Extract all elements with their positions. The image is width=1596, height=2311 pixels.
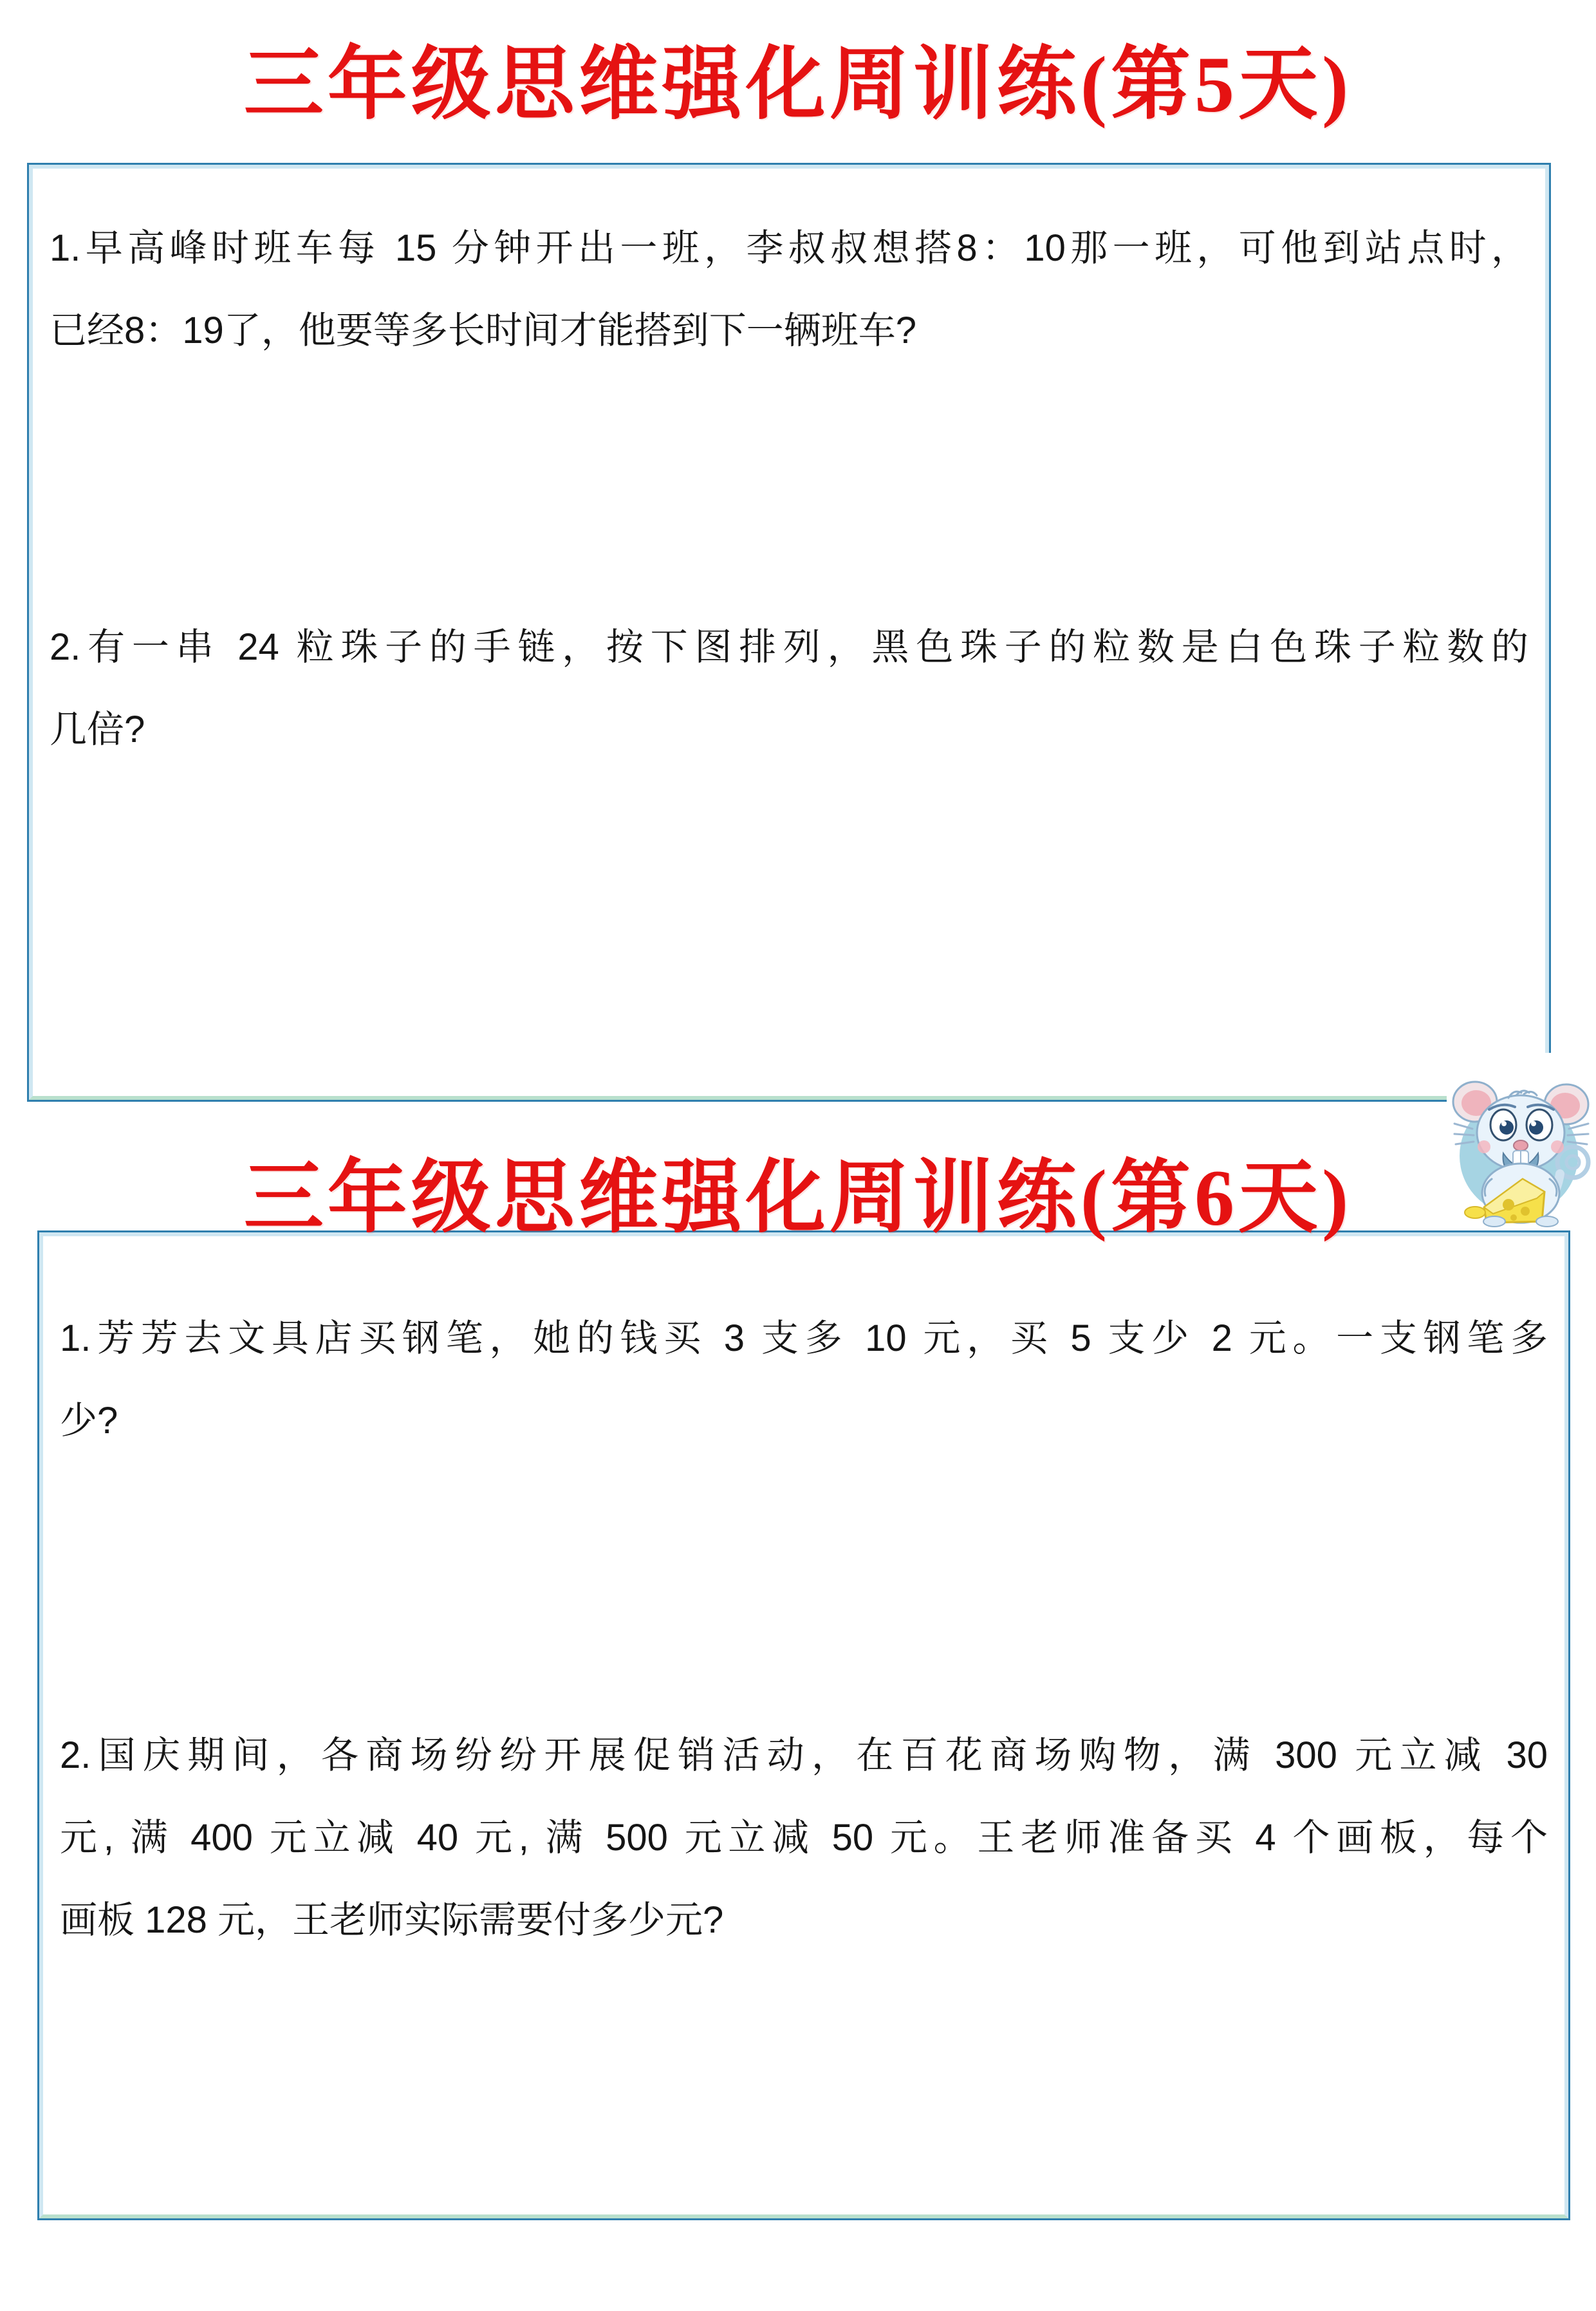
question-line: 已经8：19了，他要等多长时间才能搭到下一辆班车? [50, 290, 1528, 372]
question-line: 元, 满 400 元立减 40 元, 满 500 元立减 50 元。王老师准备买… [60, 1797, 1548, 1879]
question-line: 画板 128 元，王老师实际需要付多少元? [60, 1879, 1548, 1962]
question-line: 2.有一串 24 粒珠子的手链，按下图排列，黑色珠子的粒数是白色珠子粒数的 [50, 606, 1528, 689]
question-2-day5: 2.有一串 24 粒珠子的手链，按下图排列，黑色珠子的粒数是白色珠子粒数的几倍? [50, 606, 1528, 771]
section-title-day6: 三年级思维强化周训练(第6天) [0, 1147, 1596, 1250]
question-1-day5: 1.早高峰时班车每 15 分钟开出一班，李叔叔想搭8：10那一班，可他到站点时，… [50, 207, 1528, 372]
question-1-day6: 1.芳芳去文具店买钢笔，她的钱买 3 支多 10 元，买 5 支少 2 元。一支… [60, 1297, 1548, 1462]
question-line: 几倍? [50, 689, 1528, 771]
question-box-day5: 1.早高峰时班车每 15 分钟开出一班，李叔叔想搭8：10那一班，可他到站点时，… [27, 163, 1551, 1102]
question-line: 1.芳芳去文具店买钢笔，她的钱买 3 支多 10 元，买 5 支少 2 元。一支… [60, 1297, 1548, 1380]
question-line: 少? [60, 1380, 1548, 1462]
question-box-day6: 1.芳芳去文具店买钢笔，她的钱买 3 支多 10 元，买 5 支少 2 元。一支… [37, 1230, 1570, 2220]
box-content-day6: 1.芳芳去文具店买钢笔，她的钱买 3 支多 10 元，买 5 支少 2 元。一支… [43, 1236, 1564, 2214]
question-line: 2.国庆期间，各商场纷纷开展促销活动，在百花商场购物，满 300 元立减 30 [60, 1714, 1548, 1797]
box-content-day5: 1.早高峰时班车每 15 分钟开出一班，李叔叔想搭8：10那一班，可他到站点时，… [33, 169, 1545, 1096]
question-line: 1.早高峰时班车每 15 分钟开出一班，李叔叔想搭8：10那一班，可他到站点时， [50, 207, 1528, 290]
section-title-day5: 三年级思维强化周训练(第5天) [0, 33, 1596, 136]
question-2-day6: 2.国庆期间，各商场纷纷开展促销活动，在百花商场购物，满 300 元立减 30元… [60, 1714, 1548, 1962]
worksheet-page: 三年级思维强化周训练(第5天) 1.早高峰时班车每 15 分钟开出一班，李叔叔想… [0, 0, 1596, 2311]
